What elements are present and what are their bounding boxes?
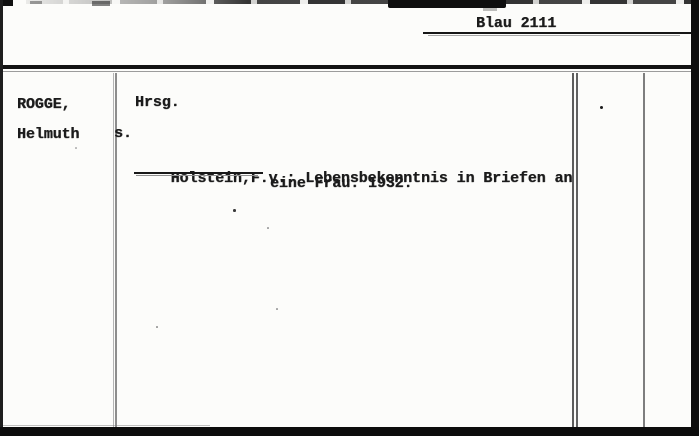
reference-underline-ghost [428,35,680,36]
card-bottom-rule-ghost [0,425,210,426]
author-forename: Helmuth [17,127,79,142]
card-top-rule [0,65,699,69]
entry-title-line2: eine Frau. 1932. [270,176,412,191]
entry-author-underline-ghost [136,175,258,176]
scan-top-speck [483,8,497,11]
scan-right-border [691,0,699,436]
scan-top-mark [92,1,110,6]
entry-author-underline [134,172,263,174]
scan-speck [75,147,77,149]
author-surname: ROGGE, [17,97,70,112]
scan-speck [600,106,603,109]
scan-speck [233,209,236,212]
scan-left-border [0,0,3,436]
scan-speck [156,326,158,328]
catalog-card-scan: Blau 2111 ROGGE, Helmuth Hrsg. s. Holste… [0,0,699,436]
column-divider-2 [576,73,578,427]
scan-speck [276,308,278,310]
scan-bottom-border [0,427,699,436]
role-note: Hrsg. [135,95,180,110]
card-top-rule-ghost [0,71,691,72]
column-divider-2 [572,73,574,427]
scan-top-ink-chunk [388,0,506,8]
scan-top-mark [30,1,42,4]
reference-underline [423,32,691,34]
see-abbreviation: s. [114,126,132,141]
column-divider-3 [643,73,645,427]
scan-speck [267,227,269,229]
reference-number: Blau 2111 [476,16,556,31]
scan-top-edge-fade [13,0,248,6]
